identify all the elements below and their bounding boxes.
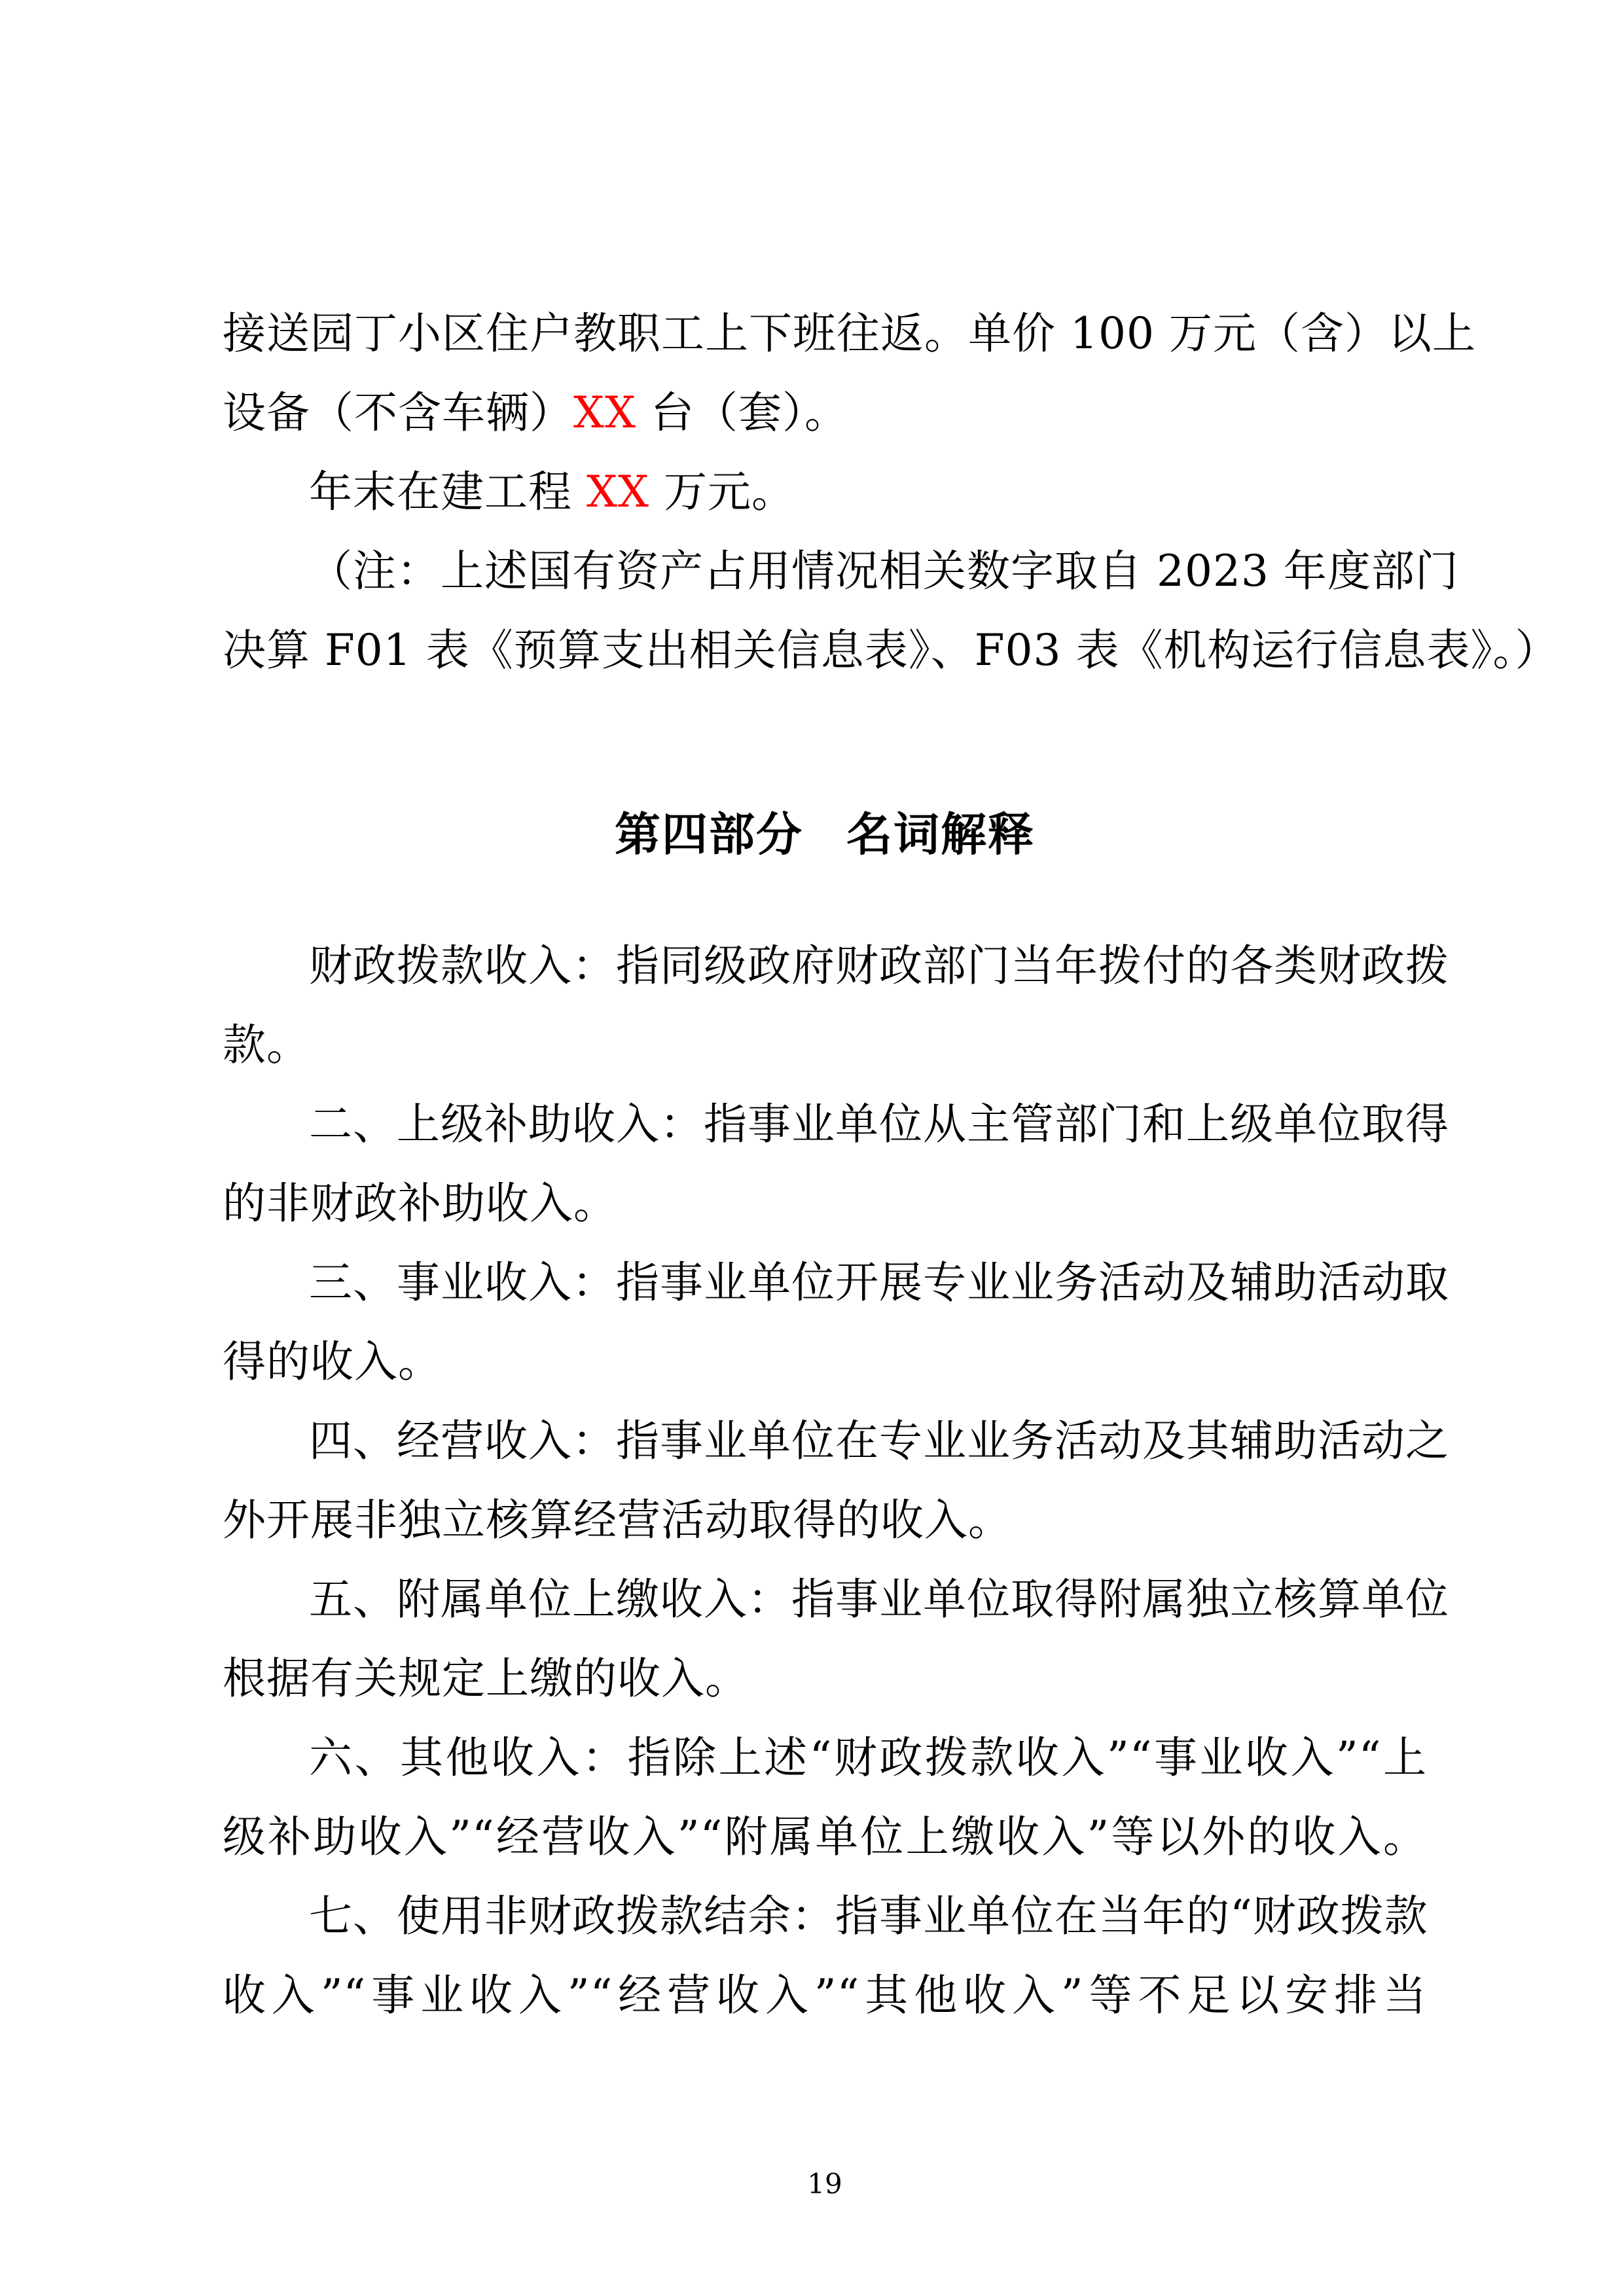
text-segment: 决算 F01 表《预算支出相关信息表》、F03 表《机构运行信息表》。） xyxy=(223,625,1559,675)
text-line: 二、上级补助收入：指事业单位从主管部门和上级单位取得 xyxy=(223,1085,1427,1164)
text-segment: 年末在建工程 xyxy=(309,467,586,517)
redacted-placeholder: XX xyxy=(586,467,649,517)
text-line: 设备（不含车辆）XX 台（套）。 xyxy=(223,373,1427,452)
text-segment: 三、事业收入：指事业单位开展专业业务活动及辅助活动取 xyxy=(309,1257,1449,1308)
text-segment: 六、其他收入：指除上述“财政拨款收入”“事业收入”“上 xyxy=(309,1732,1427,1783)
text-segment: 四、经营收入：指事业单位在专业业务活动及其辅助活动之 xyxy=(309,1416,1449,1466)
text-segment: 二、上级补助收入：指事业单位从主管部门和上级单位取得 xyxy=(309,1099,1449,1149)
redacted-placeholder: XX xyxy=(573,387,636,438)
text-segment: 的非财政补助收入。 xyxy=(223,1178,617,1229)
page-number: 19 xyxy=(223,2144,1427,2223)
text-segment: 级补助收入”“经营收入”“附属单位上缴收入”等以外的收入。 xyxy=(223,1812,1427,1862)
text-line: （注：上述国有资产占用情况相关数字取自 2023 年度部门 xyxy=(223,531,1427,611)
text-line: 款。 xyxy=(223,1005,1427,1085)
text-segment: 万元。 xyxy=(649,467,795,517)
text-segment: 收入”“事业收入”“经营收入”“其他收入”等不足以安排当 xyxy=(223,1970,1427,2020)
text-line: 四、经营收入：指事业单位在专业业务活动及其辅助活动之 xyxy=(223,1401,1427,1480)
text-line: 接送园丁小区住户教职工上下班往返。单价 100 万元（含）以上 xyxy=(223,294,1427,373)
text-line: 三、事业收入：指事业单位开展专业业务活动及辅助活动取 xyxy=(223,1243,1427,1322)
section-part-label: 第四部分 xyxy=(615,808,803,861)
text-segment: 根据有关规定上缴的收入。 xyxy=(223,1653,749,1704)
text-segment: 款。 xyxy=(223,1020,310,1070)
text-segment: 五、附属单位上缴收入：指事业单位取得附属独立核算单位 xyxy=(309,1574,1449,1624)
text-line: 决算 F01 表《预算支出相关信息表》、F03 表《机构运行信息表》。） xyxy=(223,611,1427,690)
text-line: 外开展非独立核算经营活动取得的收入。 xyxy=(223,1480,1427,1560)
text-line: 财政拨款收入：指同级政府财政部门当年拨付的各类财政拨 xyxy=(223,926,1427,1005)
document-page: 接送园丁小区住户教职工上下班往返。单价 100 万元（含）以上设备（不含车辆）X… xyxy=(0,0,1624,2296)
text-segment: 财政拨款收入：指同级政府财政部门当年拨付的各类财政拨 xyxy=(309,941,1449,991)
section-title: 名词解释 xyxy=(846,808,1035,861)
text-segment: 七、使用非财政拨款结余：指事业单位在当年的“财政拨款 xyxy=(309,1891,1428,1941)
text-segment: 外开展非独立核算经营活动取得的收入。 xyxy=(223,1495,1012,1545)
text-segment: （注：上述国有资产占用情况相关数字取自 2023 年度部门 xyxy=(309,546,1459,596)
text-line: 六、其他收入：指除上述“财政拨款收入”“事业收入”“上 xyxy=(223,1718,1427,1797)
text-line: 得的收入。 xyxy=(223,1322,1427,1401)
text-line: 根据有关规定上缴的收入。 xyxy=(223,1639,1427,1718)
asset-note-paragraphs: 接送园丁小区住户教职工上下班往返。单价 100 万元（含）以上设备（不含车辆）X… xyxy=(223,294,1427,690)
text-line: 收入”“事业收入”“经营收入”“其他收入”等不足以安排当 xyxy=(223,1956,1427,2035)
text-line: 五、附属单位上缴收入：指事业单位取得附属独立核算单位 xyxy=(223,1560,1427,1639)
text-segment: 台（套）。 xyxy=(636,387,848,438)
definitions-paragraphs: 财政拨款收入：指同级政府财政部门当年拨付的各类财政拨款。二、上级补助收入：指事业… xyxy=(223,926,1427,2035)
text-segment: 接送园丁小区住户教职工上下班往返。单价 100 万元（含）以上 xyxy=(223,308,1476,359)
text-line: 级补助收入”“经营收入”“附属单位上缴收入”等以外的收入。 xyxy=(223,1797,1427,1876)
section-heading: 第四部分名词解释 xyxy=(223,755,1427,914)
text-line: 七、使用非财政拨款结余：指事业单位在当年的“财政拨款 xyxy=(223,1876,1427,1956)
text-line: 的非财政补助收入。 xyxy=(223,1164,1427,1243)
text-line: 年末在建工程 XX 万元。 xyxy=(223,452,1427,531)
text-segment: 设备（不含车辆） xyxy=(223,387,573,438)
text-segment: 得的收入。 xyxy=(223,1336,442,1387)
